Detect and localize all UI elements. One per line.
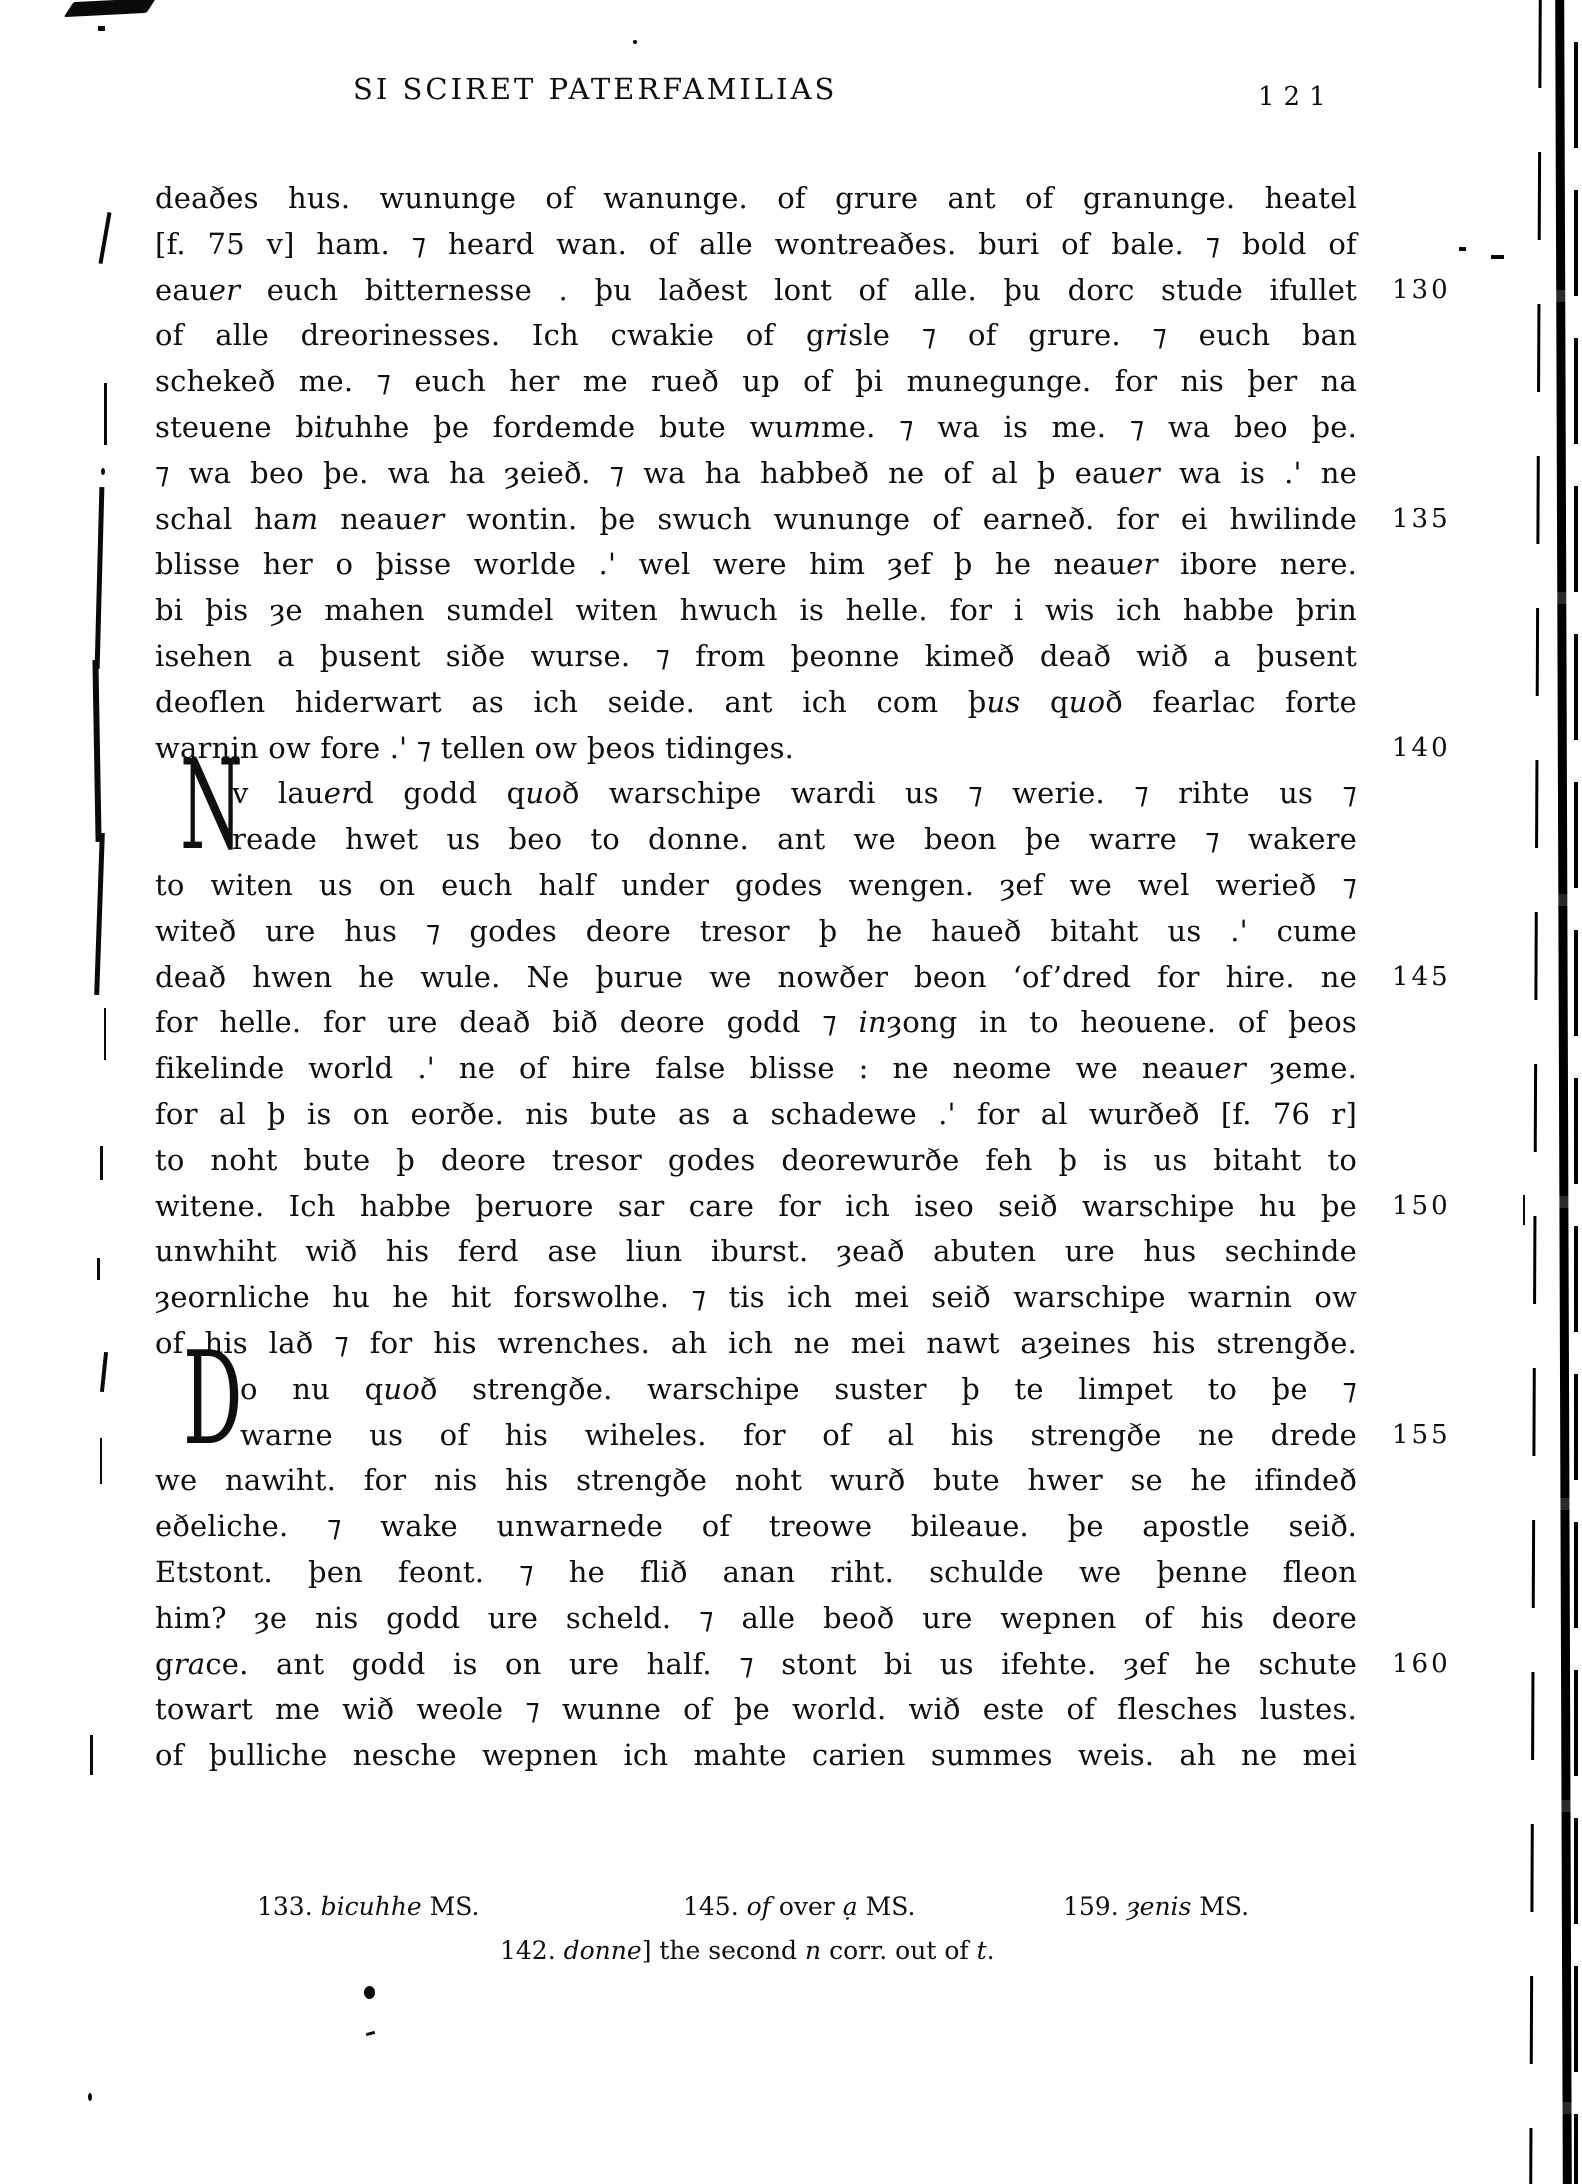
text-line: unwhiht wið his ferd ase liun iburst. ȝe… (155, 1229, 1357, 1275)
text-line: grace. ant godd is on ure half. ⁊ stont … (155, 1642, 1357, 1688)
line-text: to witen us on euch half under godes wen… (155, 868, 1357, 902)
line-text: for al þ is on eorðe. nis bute as a scha… (155, 1097, 1357, 1131)
footnote-145: 145. of over ạ MS. (683, 1892, 915, 1921)
scan-artifact (100, 1352, 108, 1392)
footnote-159: 159. ȝenis MS. (1063, 1892, 1249, 1921)
page-number: 121 (1258, 82, 1335, 112)
drop-cap-d: D (183, 1336, 243, 1464)
scan-edge-line (1555, 0, 1572, 2184)
text-line: v lauerd godd quoð warschipe wardi us ⁊ … (155, 771, 1357, 817)
text-line: schal ham neauer wontin. þe swuch wunung… (155, 497, 1357, 543)
scan-edge-line (1529, 0, 1542, 2184)
text-line: schekeð me. ⁊ euch her me rueð up of þi … (155, 359, 1357, 405)
text-line: o nu quoð strengðe. warschipe suster þ t… (155, 1367, 1357, 1413)
text-line: steuene bituhhe þe fordemde bute wumme. … (155, 405, 1357, 451)
text-line: him? ȝe nis godd ure scheld. ⁊ alle beoð… (155, 1596, 1357, 1642)
line-text: for helle. for ure deað bið deore godd ⁊… (155, 1005, 1357, 1039)
text-line: to witen us on euch half under godes wen… (155, 863, 1357, 909)
footnotes: 133. bicuhhe MS. 145. of over ạ MS. 159.… (155, 1892, 1357, 2002)
line-text: deoflen hiderwart as ich seide. ant ich … (155, 685, 1357, 719)
scan-artifact (100, 1146, 103, 1180)
line-text: blisse her o þisse worlde .' wel were hi… (155, 547, 1357, 581)
line-text: towart me wið weole ⁊ wunne of þe world.… (155, 1692, 1357, 1726)
text-line: witeð ure hus ⁊ godes deore tresor þ he … (155, 909, 1357, 955)
footnote-133: 133. bicuhhe MS. (257, 1892, 479, 1921)
line-text: isehen a þusent siðe wurse. ⁊ from þeonn… (155, 639, 1357, 673)
scan-artifact (100, 1438, 102, 1484)
page-title: SI SCIRET PATERFAMILIAS (353, 72, 837, 106)
scan-edge-line (1574, 0, 1578, 2184)
scan-artifact (95, 487, 105, 669)
scan-artifact (92, 660, 101, 842)
text-line: for al þ is on eorðe. nis bute as a scha… (155, 1092, 1357, 1138)
line-text: schekeð me. ⁊ euch her me rueð up of þi … (155, 364, 1357, 398)
line-text: of his lað ⁊ for his wrenches. ah ich ne… (155, 1326, 1357, 1360)
margin-line-number: 160 (1392, 1642, 1451, 1688)
text-line: deað hwen he wule. Ne þurue we nowðer be… (155, 955, 1357, 1001)
line-text: witene. Ich habbe þeruore sar care for i… (155, 1189, 1357, 1223)
scan-artifact (1523, 1195, 1525, 1225)
line-text: schal ham neauer wontin. þe swuch wunung… (155, 502, 1357, 536)
text-line: ⁊ wa beo þe. wa ha ȝeieð. ⁊ wa ha habbeð… (155, 451, 1357, 497)
line-text: of þulliche nesche wepnen ich mahte cari… (155, 1738, 1357, 1772)
line-text: warne us of his wiheles. for of al his s… (240, 1418, 1357, 1452)
text-line: ȝeornliche hu he hit forswolhe. ⁊ tis ic… (155, 1275, 1357, 1321)
line-text: we nawiht. for nis his strengðe noht wur… (155, 1463, 1357, 1497)
text-line: to noht bute þ deore tresor godes deorew… (155, 1138, 1357, 1184)
scan-artifact (104, 1008, 106, 1060)
scan-artifact (88, 2093, 92, 2101)
text-line: witene. Ich habbe þeruore sar care for i… (155, 1184, 1357, 1230)
scan-artifact-corner-blob (64, 0, 157, 17)
book-page: SI SCIRET PATERFAMILIAS 121 deaðes hus. … (0, 0, 1582, 2184)
scan-artifact (633, 40, 637, 44)
line-text: warnin ow fore .' ⁊ tellen ow þeos tidin… (155, 731, 794, 765)
scan-artifact (101, 468, 105, 475)
text-line: of þulliche nesche wepnen ich mahte cari… (155, 1733, 1357, 1779)
scan-artifact (1491, 255, 1504, 259)
margin-line-number: 140 (1392, 726, 1451, 772)
margin-line-number: 145 (1392, 955, 1451, 1001)
line-text: Etstont. þen feont. ⁊ he flið anan riht.… (155, 1555, 1357, 1589)
scan-artifact (99, 212, 112, 264)
text-block: deaðes hus. wununge of wanunge. of grure… (155, 176, 1357, 1779)
text-line: warne us of his wiheles. for of al his s… (155, 1413, 1357, 1459)
scan-artifact (90, 1735, 93, 1775)
line-text: bi þis ȝe mahen sumdel witen hwuch is he… (155, 593, 1357, 627)
text-line: Etstont. þen feont. ⁊ he flið anan riht.… (155, 1550, 1357, 1596)
text-line: of alle dreorinesses. Ich cwakie of gris… (155, 313, 1357, 359)
drop-cap-n: N (180, 744, 243, 868)
scan-artifact (1459, 247, 1466, 251)
line-text: o nu quoð strengðe. warschipe suster þ t… (240, 1372, 1357, 1406)
line-text: grace. ant godd is on ure half. ⁊ stont … (155, 1647, 1357, 1681)
line-text: [f. 75 v] ham. ⁊ heard wan. of alle wont… (155, 227, 1357, 261)
text-line: warnin ow fore .' ⁊ tellen ow þeos tidin… (155, 726, 1357, 772)
text-line: for helle. for ure deað bið deore godd ⁊… (155, 1000, 1357, 1046)
text-line: isehen a þusent siðe wurse. ⁊ from þeonn… (155, 634, 1357, 680)
line-text: ⁊ wa beo þe. wa ha ȝeieð. ⁊ wa ha habbeð… (155, 456, 1357, 490)
line-text: him? ȝe nis godd ure scheld. ⁊ alle beoð… (155, 1601, 1357, 1635)
text-line: towart me wið weole ⁊ wunne of þe world.… (155, 1687, 1357, 1733)
text-line: of his lað ⁊ for his wrenches. ah ich ne… (155, 1321, 1357, 1367)
line-text: eauer euch bitternesse . þu laðest lont … (155, 273, 1357, 307)
line-text: v lauerd godd quoð warschipe wardi us ⁊ … (232, 776, 1357, 810)
footnote-142: 142. donne] the second n corr. out of t. (500, 1936, 995, 1965)
line-text: deað hwen he wule. Ne þurue we nowðer be… (155, 960, 1357, 994)
line-text: fikelinde world .' ne of hire false blis… (155, 1051, 1357, 1085)
line-text: ȝeornliche hu he hit forswolhe. ⁊ tis ic… (155, 1280, 1357, 1314)
scan-artifact (94, 833, 105, 995)
text-line: fikelinde world .' ne of hire false blis… (155, 1046, 1357, 1092)
text-line: eauer euch bitternesse . þu laðest lont … (155, 268, 1357, 314)
text-line: blisse her o þisse worlde .' wel were hi… (155, 542, 1357, 588)
line-text: witeð ure hus ⁊ godes deore tresor þ he … (155, 914, 1357, 948)
text-line: eðeliche. ⁊ wake unwarnede of treowe bil… (155, 1504, 1357, 1550)
margin-line-number: 130 (1392, 268, 1451, 314)
line-text: unwhiht wið his ferd ase liun iburst. ȝe… (155, 1234, 1357, 1268)
line-text: reade hwet us beo to donne. ant we beon … (232, 822, 1357, 856)
margin-line-number: 150 (1392, 1184, 1451, 1230)
margin-line-number: 135 (1392, 497, 1451, 543)
scan-artifact (97, 1258, 100, 1280)
text-line: [f. 75 v] ham. ⁊ heard wan. of alle wont… (155, 222, 1357, 268)
line-text: deaðes hus. wununge of wanunge. of grure… (155, 181, 1357, 215)
text-line: we nawiht. for nis his strengðe noht wur… (155, 1458, 1357, 1504)
scan-artifact-ink-dot (364, 1986, 375, 1999)
margin-line-number: 155 (1392, 1413, 1451, 1459)
text-line: deoflen hiderwart as ich seide. ant ich … (155, 680, 1357, 726)
scan-artifact (104, 383, 107, 445)
text-line: deaðes hus. wununge of wanunge. of grure… (155, 176, 1357, 222)
scan-artifact (366, 2031, 375, 2036)
line-text: of alle dreorinesses. Ich cwakie of gris… (155, 318, 1357, 352)
text-line: reade hwet us beo to donne. ant we beon … (155, 817, 1357, 863)
scan-artifact (98, 26, 105, 31)
text-line: bi þis ȝe mahen sumdel witen hwuch is he… (155, 588, 1357, 634)
line-text: to noht bute þ deore tresor godes deorew… (155, 1143, 1357, 1177)
line-text: steuene bituhhe þe fordemde bute wumme. … (155, 410, 1357, 444)
line-text: eðeliche. ⁊ wake unwarnede of treowe bil… (155, 1509, 1357, 1543)
